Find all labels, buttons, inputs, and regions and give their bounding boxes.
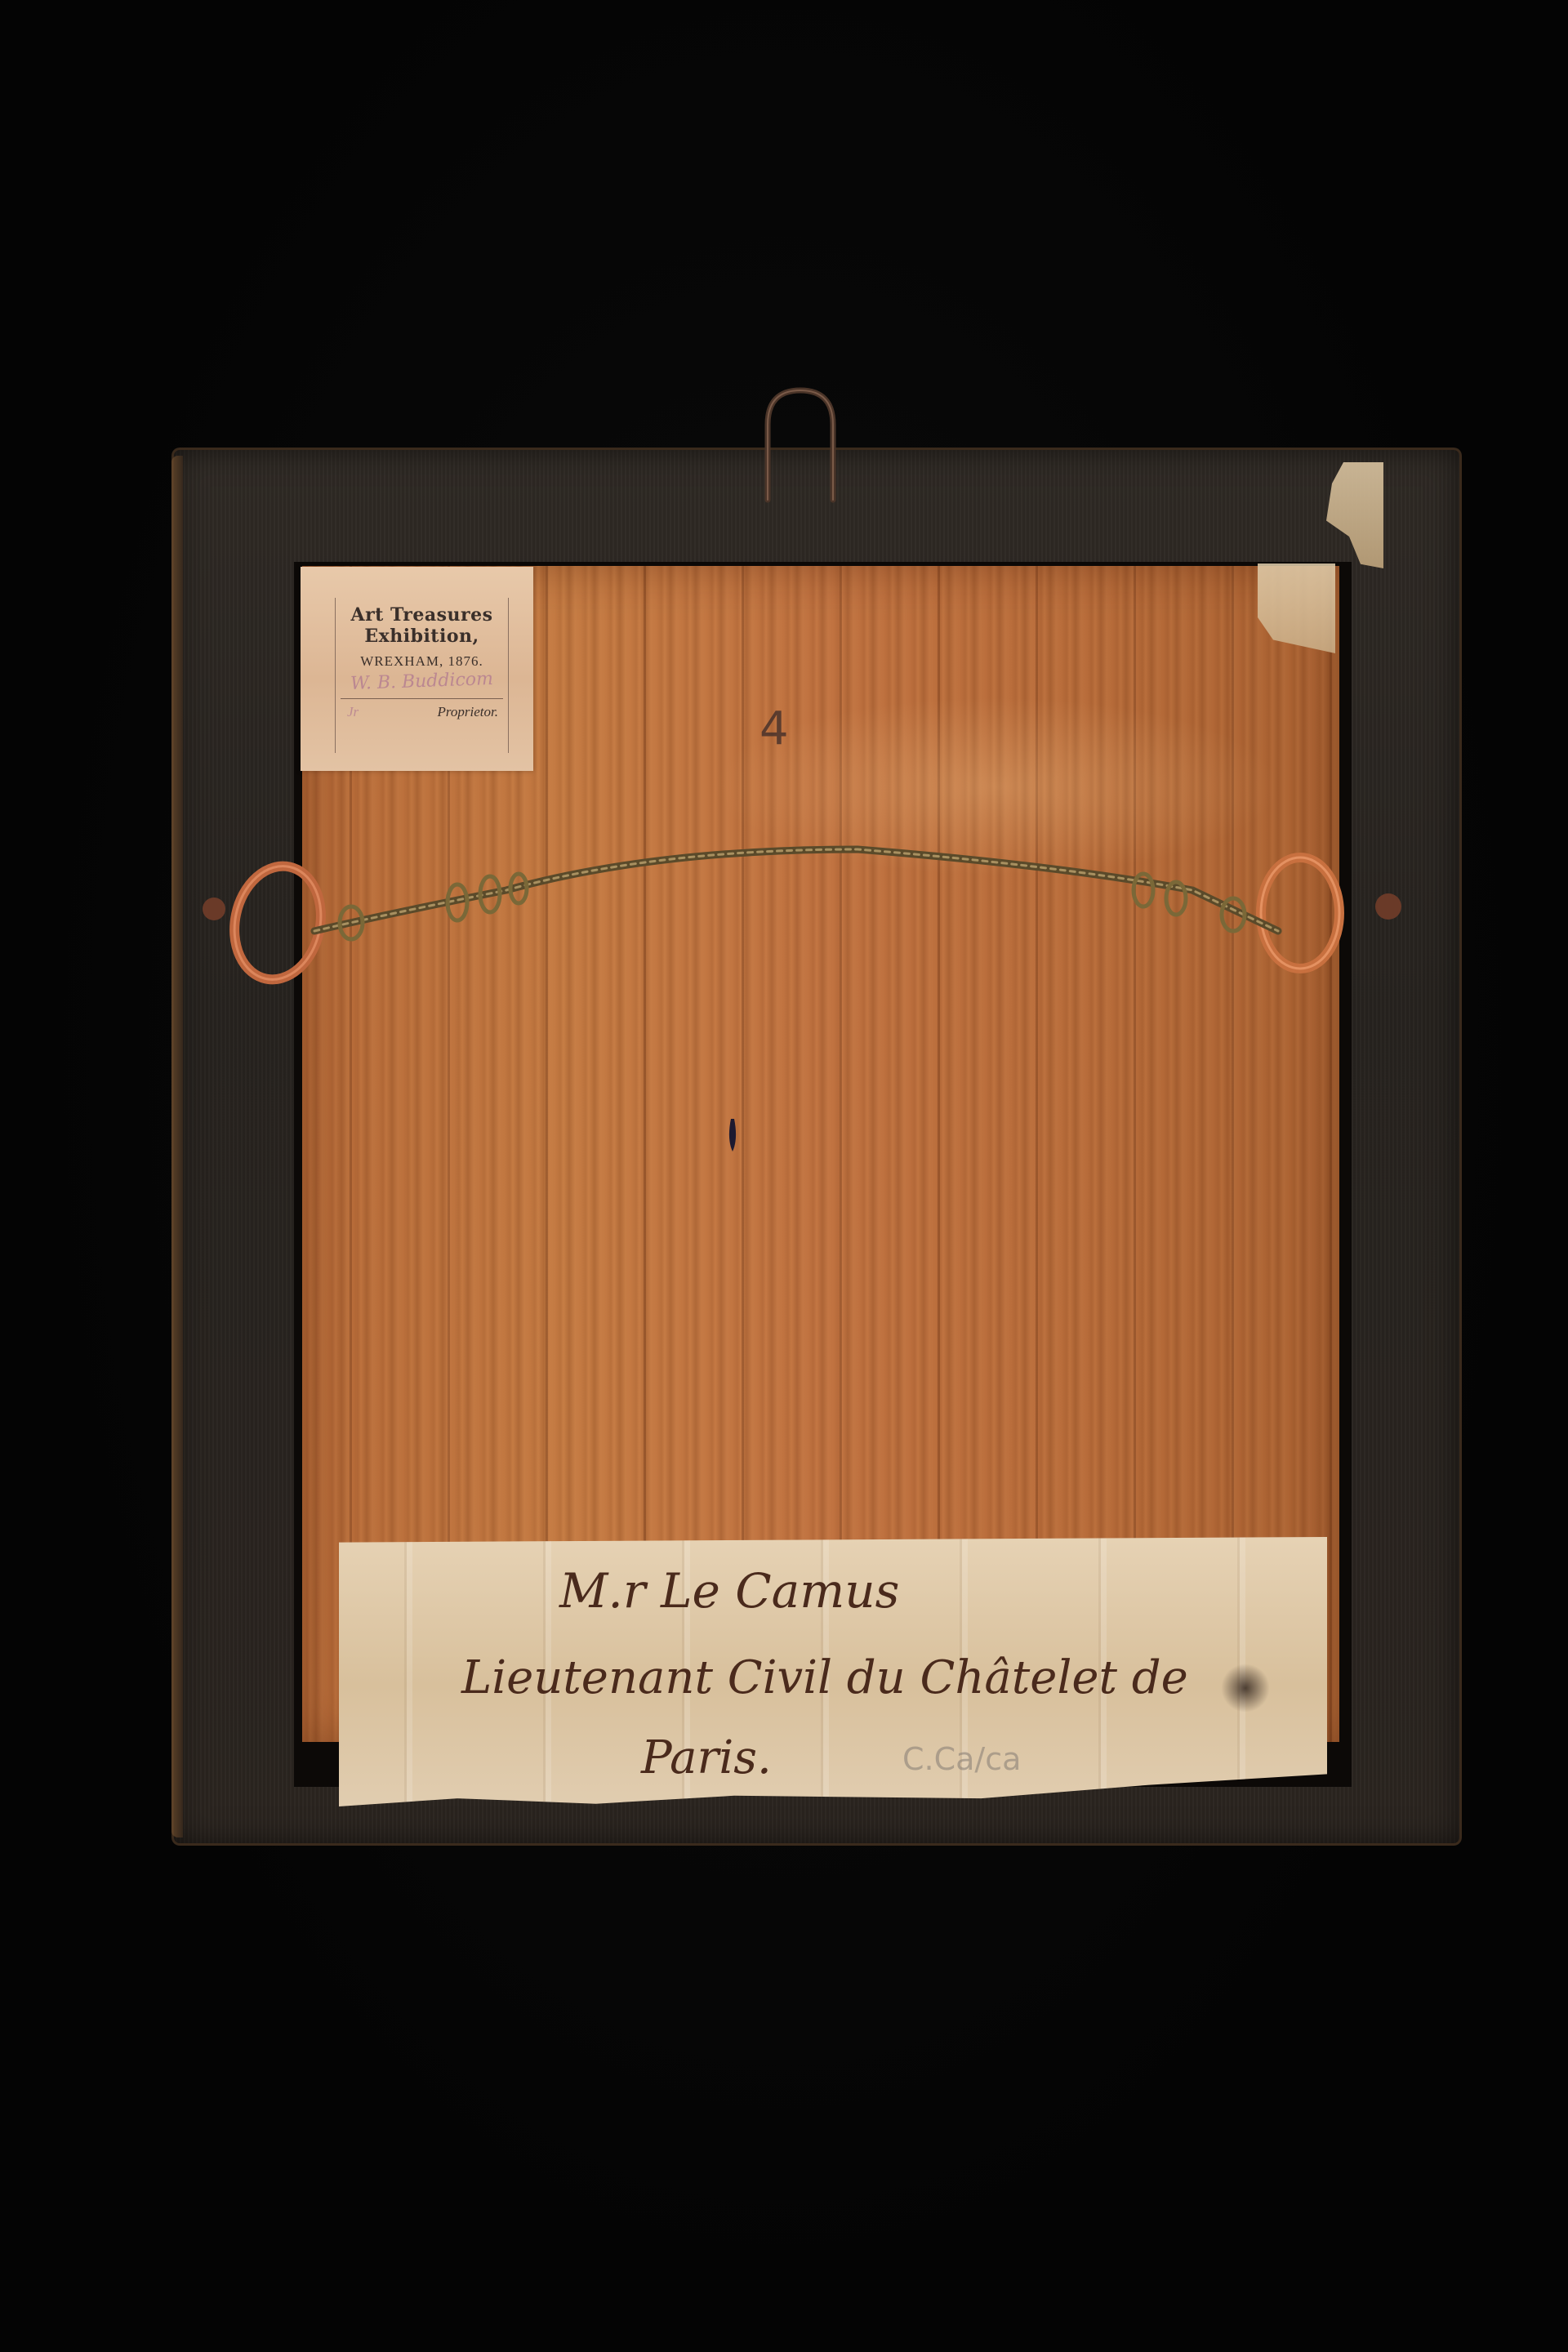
label-divider [341,698,503,699]
exhibition-title: Art Treasures Exhibition, [336,604,508,647]
label-line-title: Lieutenant Civil du Châtelet de [461,1651,1188,1704]
frame-paper-remnant [1326,462,1383,568]
exhibition-label: Art Treasures Exhibition, WREXHAM, 1876.… [301,567,533,771]
handwritten-paper-label: M.r Le Camus Lieutenant Civil du Châtele… [339,1537,1327,1806]
label-line-name: M.r Le Camus [559,1563,899,1619]
pencil-note: C.Ca/ca [902,1741,1021,1777]
owner-role-text: Proprietor. [438,704,498,719]
owner-signature: W. B. Buddicom [336,668,509,694]
owner-prefix: Jr [336,704,359,720]
pencil-number-mark: 4 [759,702,789,755]
label-line-city: Paris. [641,1731,772,1784]
exhibition-title-line2: Exhibition, [336,626,508,647]
ink-blot [1221,1664,1270,1713]
exhibition-title-line1: Art Treasures [336,604,508,626]
exhibition-place-year: WREXHAM, 1876. [336,653,508,670]
owner-role: Jr Proprietor. [336,704,508,720]
